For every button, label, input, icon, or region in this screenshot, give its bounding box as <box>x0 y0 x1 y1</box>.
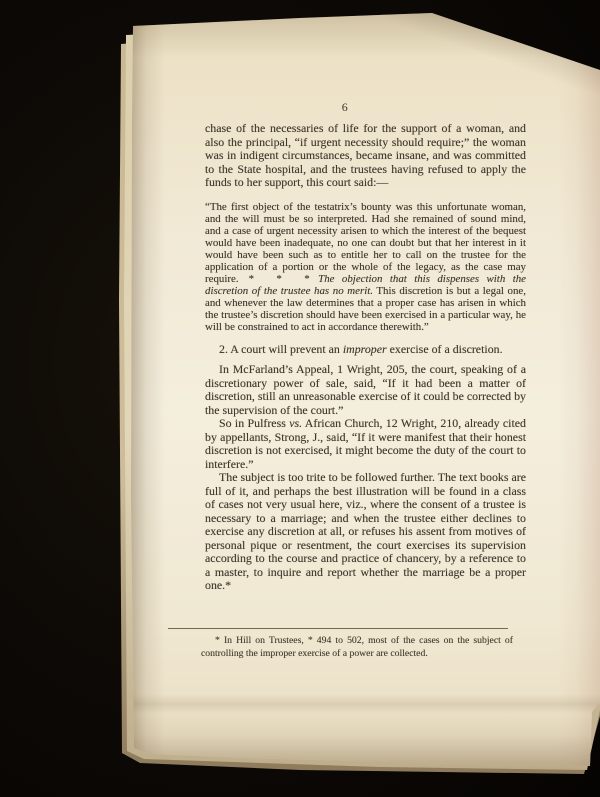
numbered-point-text-end: exercise of a discretion. <box>387 342 503 356</box>
pulfress-vs-italic: vs. <box>289 416 302 430</box>
photo-background: 6 chase of the necessaries of life for t… <box>0 0 600 797</box>
shading-bottom-crease <box>131 694 600 714</box>
paragraph-final: The subject is too trite to be followed … <box>205 471 526 593</box>
shading-top-edge <box>120 10 600 58</box>
footnote-rule <box>168 628 508 629</box>
footnote: * In Hill on Trustees, * 494 to 502, mos… <box>201 634 513 660</box>
book-page: 6 chase of the necessaries of life for t… <box>0 0 600 797</box>
paragraph-continuation: chase of the necessaries of life for the… <box>205 122 526 190</box>
paragraph-pulfress: So in Pulfress vs. African Church, 12 Wr… <box>205 417 526 471</box>
shading-right-gutter <box>558 0 600 797</box>
numbered-point-italic: improper <box>343 342 387 356</box>
numbered-point-text: 2. A court will prevent an <box>219 342 343 356</box>
numbered-point: 2. A court will prevent an improper exer… <box>205 343 526 357</box>
shading-left-edge <box>131 0 165 797</box>
page-number: 6 <box>205 100 485 115</box>
paragraph-mcfarland: In McFarland’s Appeal, 1 Wright, 205, th… <box>205 363 526 417</box>
quote-asterisks: * * * <box>239 273 311 285</box>
text-column: chase of the necessaries of life for the… <box>205 122 526 593</box>
block-quote: “The first object of the testatrix’s bou… <box>205 201 526 334</box>
pulfress-text: So in Pulfress <box>219 416 289 430</box>
